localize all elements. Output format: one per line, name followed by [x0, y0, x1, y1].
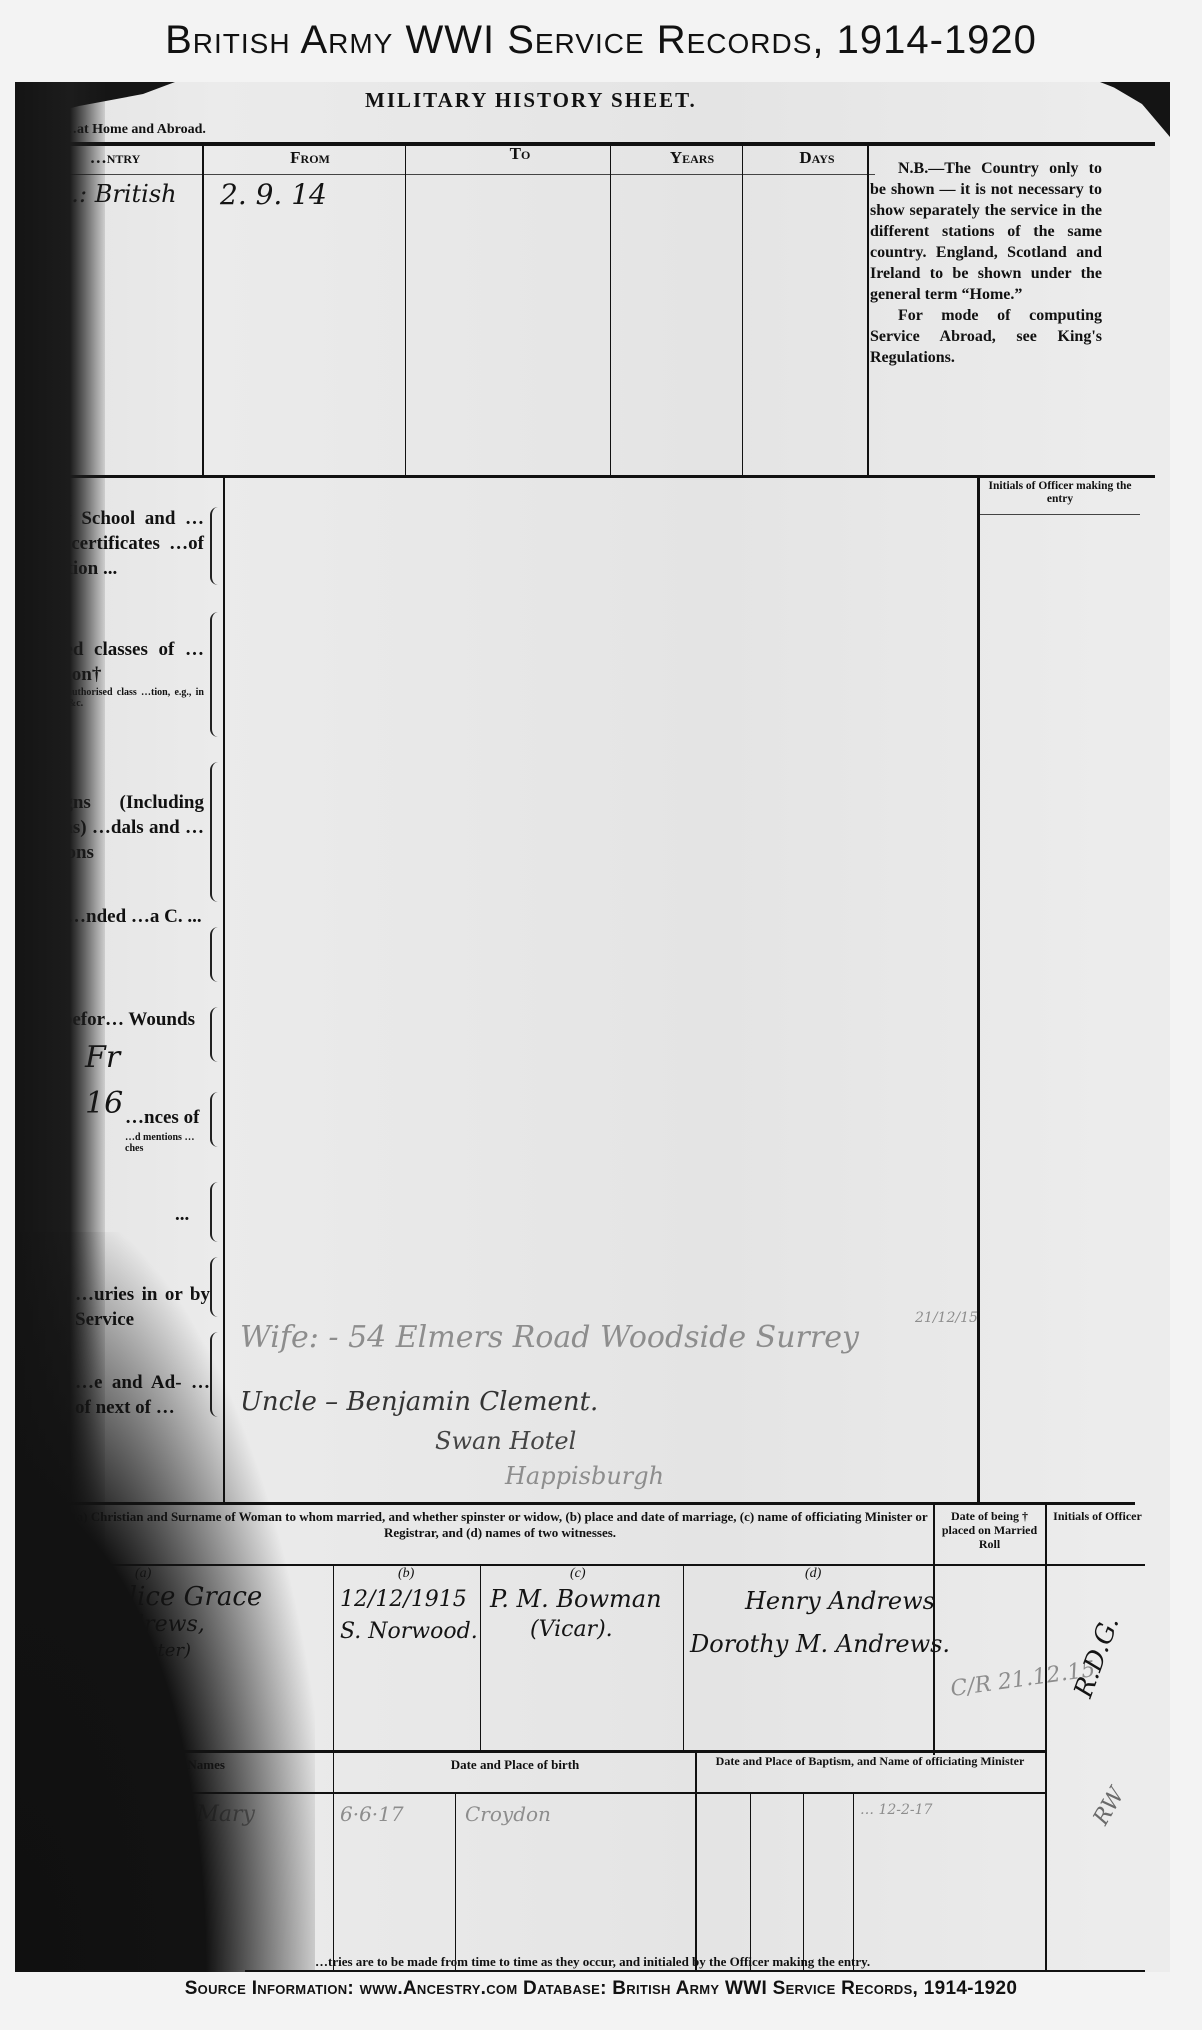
letter-d: (d)	[805, 1566, 821, 1582]
column-divider	[683, 1566, 684, 1751]
brace	[210, 612, 220, 737]
column-divider	[803, 1794, 804, 1971]
col-header-days: Days	[757, 148, 877, 168]
brace	[210, 762, 220, 902]
next-of-kin-address-1: Swan Hotel	[435, 1427, 576, 1455]
column-divider	[742, 146, 743, 476]
initials-header: Initials of Officer making the entry	[985, 480, 1135, 506]
banner-title: British Army WWI Service Records, 1914-1…	[0, 18, 1202, 63]
column-divider	[750, 1794, 751, 1971]
column-divider	[695, 1753, 697, 1971]
column-divider	[333, 1753, 334, 1971]
column-divider	[455, 1794, 456, 1971]
column-divider	[333, 1566, 334, 1751]
child-birth-date: 6·6·17	[340, 1802, 404, 1826]
child-baptism: … 12-2-17	[860, 1802, 932, 1818]
brace	[210, 1092, 220, 1147]
officer-initials-header: Initials of Officer	[1050, 1509, 1145, 1523]
brace	[210, 927, 220, 982]
nb-note: N.B.—The Country only to be shown — it i…	[870, 158, 1102, 368]
column-divider	[202, 146, 204, 476]
column-divider	[853, 1794, 854, 1971]
rule	[980, 514, 1140, 515]
col-header-years: Years	[627, 148, 757, 168]
letter-b: (b)	[398, 1566, 414, 1582]
col-header-birth: Date and Place of birth	[335, 1757, 695, 1773]
letter-c: (c)	[570, 1566, 586, 1582]
nb-note-text-2: For mode of computing Service Abroad, se…	[870, 305, 1102, 368]
nb-note-text: N.B.—The Country only to be shown — it i…	[870, 158, 1102, 305]
column-divider	[1045, 1753, 1047, 1971]
child-birth-place: Croydon	[465, 1802, 551, 1826]
brace	[210, 507, 220, 585]
column-divider	[480, 1566, 481, 1751]
rule	[55, 174, 875, 175]
brace	[210, 1007, 220, 1062]
ellipsis: ...	[187, 906, 201, 927]
column-divider	[405, 146, 406, 476]
column-divider	[1045, 1505, 1047, 1755]
minister-title: (Vicar).	[530, 1617, 613, 1642]
ellipsis: ...	[175, 1202, 189, 1227]
shadow	[15, 1232, 315, 1972]
witness-2: Dorothy M. Andrews.	[690, 1630, 950, 1658]
rule	[245, 1970, 1145, 1972]
rule	[55, 475, 1155, 478]
source-information: Source Information: www.Ancestry.com Dat…	[0, 1978, 1202, 2000]
col-header-from: From	[205, 148, 415, 168]
label-note: …d mentions …ches	[125, 1132, 210, 1154]
minister-name: P. M. Bowman	[490, 1585, 662, 1613]
column-divider	[867, 146, 869, 476]
label-mentions: …nces of	[125, 1105, 210, 1130]
sheet-heading: MILITARY HISTORY SHEET.	[365, 88, 697, 113]
witness-1: Henry Andrews	[745, 1587, 935, 1615]
marriage-place: S. Norwood.	[340, 1619, 478, 1644]
column-divider	[610, 146, 611, 476]
col-header-to: To	[415, 144, 625, 164]
military-history-sheet: MILITARY HISTORY SHEET. …at Home and Abr…	[15, 82, 1170, 1972]
ellipsis: ...	[103, 558, 117, 579]
marriage-date: 12/12/1915	[340, 1587, 467, 1612]
from-value: 2. 9. 14	[220, 178, 327, 211]
footer-note: …tries are to be made from time to time …	[315, 1954, 870, 1970]
next-of-kin-date: 21/12/15	[915, 1310, 978, 1326]
column-divider	[977, 478, 980, 1503]
married-roll-header: Date of being † placed on Married Roll	[937, 1509, 1042, 1551]
next-of-kin-wife: Wife: - 54 Elmers Road Woodside Surrey	[240, 1320, 859, 1355]
next-of-kin-address-2: Happisburgh	[505, 1462, 664, 1490]
col-header-baptism: Date and Place of Baptism, and Name of o…	[705, 1754, 1035, 1768]
